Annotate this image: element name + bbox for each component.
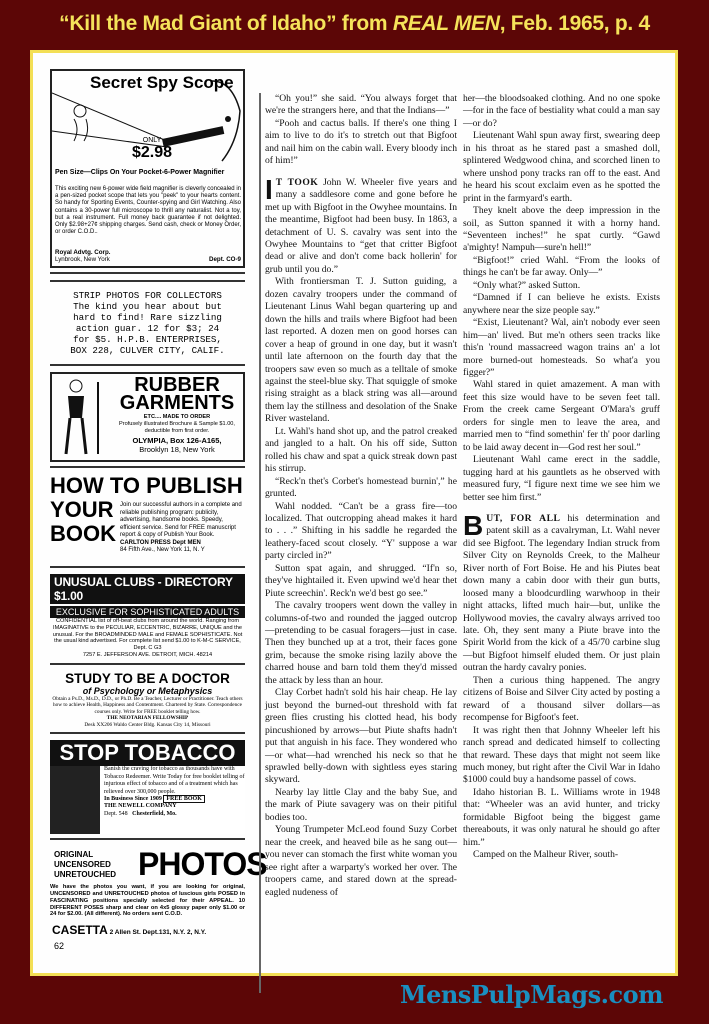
- smoker-face-icon: [50, 766, 100, 834]
- ad-photos: ORIGINALUNCENSOREDUNRETOUCHED PHOTOS We …: [50, 846, 245, 958]
- clubs-title: UNUSUAL CLUBS - DIRECTORY $1.00: [50, 574, 245, 604]
- ad-rubber-garments: RUBBERGARMENTS ETC.... MADE TO ORDERProf…: [50, 364, 245, 468]
- story-paragraph: It was right then that Johnny Wheeler le…: [463, 725, 660, 787]
- story-paragraph: “Bigfoot!” cried Wahl. “From the looks o…: [463, 255, 660, 280]
- dropcap-b: B: [463, 515, 483, 537]
- page-banner: “Kill the Mad Giant of Idaho” from REAL …: [0, 0, 709, 48]
- doctor-body: Obtain a Ps.D., Ms.D., D.D., or Ph.D. Be…: [50, 696, 245, 716]
- doctor-subtitle: of Psychology or Metaphysics: [50, 686, 245, 696]
- spy-headline: Pen Size—Clips On Your Pocket-6-Power Ma…: [55, 169, 224, 176]
- spy-footer: Royal Advtg. Corp.Lynbrook, New York Dep…: [55, 249, 241, 263]
- story-paragraph: “Exist, Lieutenant? Wal, ain't nobody ev…: [463, 317, 660, 379]
- ad-spy-scope: Secret Spy Scope ONLY$2.98 Pen Size—Clip…: [50, 69, 245, 274]
- magazine-page: Secret Spy Scope ONLY$2.98 Pen Size—Clip…: [30, 50, 678, 976]
- woman-figure-icon: [54, 374, 109, 458]
- story-paragraph: “Pooh and cactus balls. If there's one t…: [265, 118, 457, 168]
- story-paragraph: Clay Corbet hadn't sold his hair cheap. …: [265, 687, 457, 787]
- clubs-body: CONFIDENTIAL list of off-beat clubs from…: [50, 618, 245, 652]
- story-paragraph: Nearby lay little Clay and the baby Sue,…: [265, 787, 457, 824]
- rubber-title: RUBBERGARMENTS: [112, 376, 242, 412]
- doctor-address: Desk XX206 Waldo Center Bldg. Kansas Cit…: [50, 722, 245, 729]
- ads-column: Secret Spy Scope ONLY$2.98 Pen Size—Clip…: [50, 69, 245, 958]
- story-paragraph: Lt. Wahl's hand shot up, and the patrol …: [265, 426, 457, 476]
- story-paragraph: Camped on the Malheur River, south-: [463, 849, 660, 861]
- publish-body: Join our successful authors in a complet…: [120, 502, 245, 555]
- story-paragraph: The cavalry troopers went down the valle…: [265, 600, 457, 687]
- story-paragraph-dropcap: IT TOOK John W. Wheeler five years and m…: [265, 177, 457, 277]
- story-paragraph: Lieutenant Wahl spun away first, swearin…: [463, 130, 660, 205]
- tobacco-body: Banish the craving for tobacco as thousa…: [100, 766, 245, 834]
- photos-body: We have the photos you want, if you are …: [50, 884, 245, 918]
- rubber-address: OLYMPIA, Box 126-A165,Brooklyn 18, New Y…: [110, 436, 244, 454]
- story-paragraph: They knelt above the deep impression in …: [463, 205, 660, 255]
- story-paragraph: Wahl stared in quiet amazement. A man wi…: [463, 379, 660, 454]
- ad-unusual-clubs: UNUSUAL CLUBS - DIRECTORY $1.00 EXCLUSIV…: [50, 574, 245, 665]
- story-paragraph: Wahl nodded. “Can't be a grass fire—too …: [265, 501, 457, 563]
- clubs-subtitle: EXCLUSIVE FOR SOPHISTICATED ADULTS: [50, 606, 245, 618]
- spy-price: ONLY$2.98: [132, 137, 172, 162]
- spy-body: This exciting new 6-power wide field mag…: [55, 186, 241, 236]
- story-paragraph: “Reck'n thet's Corbet's homestead burnin…: [265, 476, 457, 501]
- ad-strip-photos: STRIP PHOTOS FOR COLLECTORS The kind you…: [50, 280, 245, 364]
- spy-title: Secret Spy Scope: [90, 73, 234, 93]
- story-paragraph: Then a curious thing happened. The angry…: [463, 675, 660, 725]
- story-column-middle: “Oh you!” she said. “You always forget t…: [259, 93, 457, 993]
- rubber-body: ETC.... MADE TO ORDERProfusely illustrat…: [110, 414, 244, 436]
- story-paragraph: Young Trumpeter McLeod found Suzy Corbet…: [265, 824, 457, 899]
- photos-footer: CASETTA 2 Allen St. Dept.131, N.Y. 2, N.…: [52, 923, 206, 937]
- story-paragraph: “Oh you!” she said. “You always forget t…: [265, 93, 457, 118]
- clubs-address: 7257 E. JEFFERSON AVE. DETROIT, MICH. 48…: [50, 652, 245, 659]
- doctor-title: STUDY TO BE A DOCTOR: [50, 671, 245, 686]
- site-watermark: MensPulpMags.com: [400, 980, 663, 1009]
- photos-tagline: ORIGINALUNCENSOREDUNRETOUCHED: [54, 850, 116, 880]
- banner-issue: , Feb. 1965, p. 4: [500, 12, 650, 36]
- story-paragraph: “Only what?” asked Sutton.: [463, 280, 660, 292]
- banner-quote: “Kill the Mad Giant of Idaho” from: [59, 12, 387, 36]
- story-paragraph-dropcap: BUT, FOR ALL his determination and paten…: [463, 513, 660, 675]
- ad-stop-tobacco: STOP TOBACCO Banish the craving for toba…: [50, 740, 245, 840]
- ad-study-doctor: STUDY TO BE A DOCTOR of Psychology or Me…: [50, 671, 245, 735]
- story-paragraph: “Damned if I can believe he exists. Exis…: [463, 292, 660, 317]
- story-paragraph: With frontiersman T. J. Sutton guiding, …: [265, 276, 457, 425]
- story-paragraph: Lieutenant Wahl came erect in the saddle…: [463, 454, 660, 504]
- story-paragraph: Sutton spat again, and shrugged. “If'n s…: [265, 563, 457, 600]
- photos-title: PHOTOS: [138, 846, 267, 883]
- page-number: 62: [54, 941, 64, 951]
- story-paragraph: Idaho historian B. L. Williams wrote in …: [463, 787, 660, 849]
- story-paragraph: her—the bloodsoaked clothing. And no one…: [463, 93, 660, 130]
- dropcap-i: I: [265, 179, 273, 201]
- ad-publish-book: HOW TO PUBLISHYOURBOOK Join our successf…: [50, 474, 245, 568]
- story-column-right: her—the bloodsoaked clothing. And no one…: [463, 93, 660, 862]
- banner-magazine: REAL MEN: [393, 12, 500, 36]
- tobacco-title: STOP TOBACCO: [50, 740, 245, 766]
